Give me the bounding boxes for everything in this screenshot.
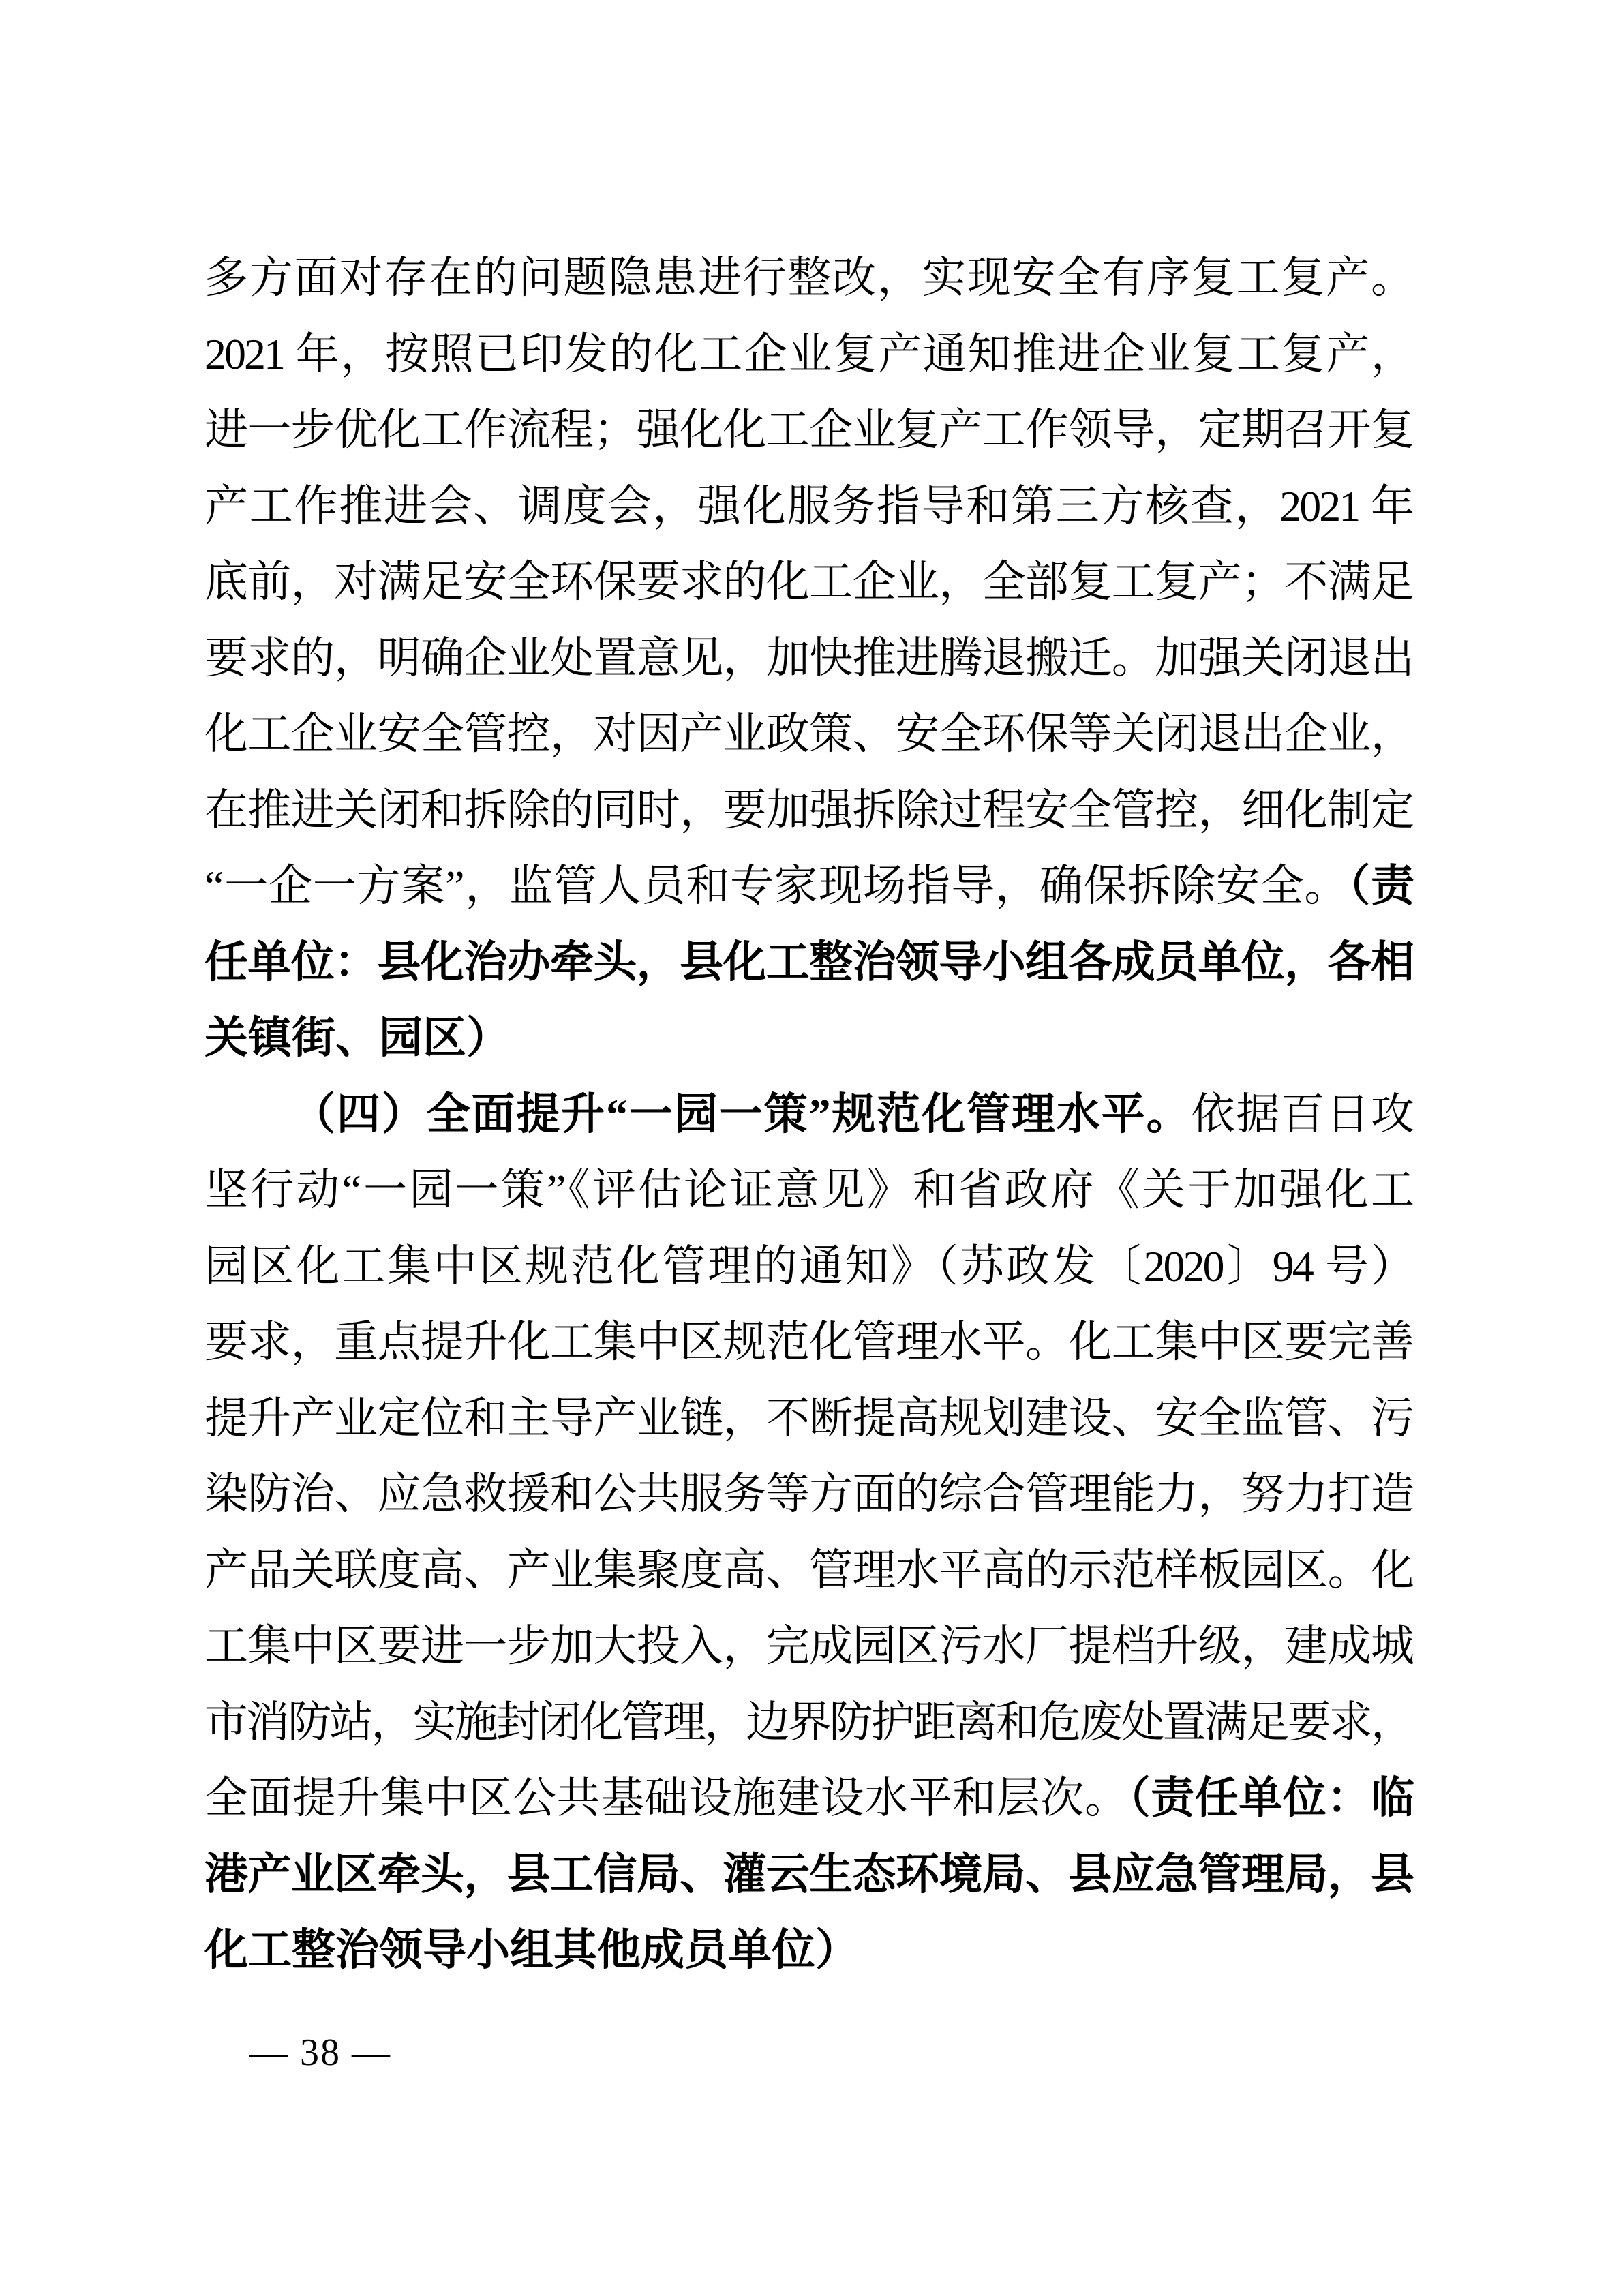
- text-segment: 化工企业安全管控，对因产业政策、安全环保等关闭退出企业，: [204, 710, 1412, 758]
- text-line: 在推进关闭和拆除的同时，要加强拆除过程安全管控，细化制定: [204, 772, 1412, 849]
- emphasis-text-segment: （责任单位：临: [1129, 1774, 1412, 1822]
- text-line: 产工作推进会、调度会，强化服务指导和第三方核查，2021 年: [204, 468, 1412, 545]
- text-segment: “一企一方案”，监管人员和专家现场指导，确保拆除安全。: [204, 862, 1348, 910]
- text-segment: 依据百日攻: [1191, 1090, 1412, 1138]
- text-line: 市消防站，实施封闭化管理，边界防护距离和危废处置满足要求，: [204, 1685, 1412, 1761]
- text-line: 关镇街、园区）: [204, 1000, 1412, 1076]
- text-line: 要求的，明确企业处置意见，加快推进腾退搬迁。加强关闭退出: [204, 620, 1412, 697]
- text-segment: 提升产业定位和主导产业链，不断提高规划建设、安全监管、污: [204, 1394, 1412, 1442]
- document-page: 多方面对存在的问题隐患进行整改，实现安全有序复工复产。2021 年，按照已印发的…: [0, 0, 1623, 2296]
- text-line: 多方面对存在的问题隐患进行整改，实现安全有序复工复产。: [204, 240, 1412, 316]
- text-segment: 要求的，明确企业处置意见，加快推进腾退搬迁。加强关闭退出: [204, 634, 1412, 682]
- text-segment: 园区化工集中区规范化管理的通知》（苏政发〔2020〕94 号）: [204, 1242, 1412, 1290]
- emphasis-text-segment: （责: [1348, 862, 1412, 910]
- document-body: 多方面对存在的问题隐患进行整改，实现安全有序复工复产。2021 年，按照已印发的…: [204, 240, 1412, 1989]
- text-segment: 市消防站，实施封闭化管理，边界防护距离和危废处置满足要求，: [204, 1698, 1412, 1747]
- text-line: 坚行动“一园一策”《评估论证意见》和省政府《关于加强化工: [204, 1152, 1412, 1228]
- text-line: 提升产业定位和主导产业链，不断提高规划建设、安全监管、污: [204, 1380, 1412, 1457]
- emphasis-text-segment: 关镇街、园区）: [204, 1014, 510, 1062]
- text-segment: 要求，重点提升化工集中区规范化管理水平。化工集中区要完善: [204, 1318, 1412, 1366]
- text-segment: 进一步优化工作流程；强化化工企业复产工作领导，定期召开复: [204, 406, 1412, 454]
- text-line: 底前，对满足安全环保要求的化工企业，全部复工复产；不满足: [204, 544, 1412, 620]
- emphasis-text-segment: 港产业区牵头，县工信局、灌云生态环境局、县应急管理局，县: [204, 1850, 1412, 1899]
- text-segment: 产工作推进会、调度会，强化服务指导和第三方核查，2021 年: [204, 482, 1412, 530]
- text-line: 全面提升集中区公共基础设施建设水平和层次。（责任单位：临: [204, 1760, 1412, 1837]
- text-line: 2021 年，按照已印发的化工企业复产通知推进企业复工复产，: [204, 316, 1412, 393]
- text-segment: 全面提升集中区公共基础设施建设水平和层次。: [204, 1774, 1129, 1822]
- text-segment: 染防治、应急救援和公共服务等方面的综合管理能力，努力打造: [204, 1470, 1412, 1518]
- text-line: （四）全面提升“一园一策”规范化管理水平。依据百日攻: [204, 1076, 1412, 1153]
- emphasis-text-segment: 任单位：县化治办牵头，县化工整治领导小组各成员单位，各相: [204, 938, 1412, 986]
- text-line: 化工企业安全管控，对因产业政策、安全环保等关闭退出企业，: [204, 696, 1412, 772]
- text-segment: 产品关联度高、产业集聚度高、管理水平高的示范样板园区。化: [204, 1546, 1412, 1595]
- text-line: 要求，重点提升化工集中区规范化管理水平。化工集中区要完善: [204, 1304, 1412, 1380]
- text-line: 进一步优化工作流程；强化化工企业复产工作领导，定期召开复: [204, 392, 1412, 468]
- text-line: “一企一方案”，监管人员和专家现场指导，确保拆除安全。（责: [204, 848, 1412, 924]
- text-line: 产品关联度高、产业集聚度高、管理水平高的示范样板园区。化: [204, 1532, 1412, 1609]
- page-number: — 38 —: [249, 2031, 391, 2074]
- text-segment: 在推进关闭和拆除的同时，要加强拆除过程安全管控，细化制定: [204, 786, 1412, 834]
- text-line: 化工整治领导小组其他成员单位）: [204, 1912, 1412, 1989]
- text-segment: 坚行动“一园一策”《评估论证意见》和省政府《关于加强化工: [204, 1166, 1412, 1214]
- emphasis-text-segment: （四）全面提升“一园一策”规范化管理水平。: [292, 1090, 1191, 1138]
- text-segment: 2021 年，按照已印发的化工企业复产通知推进企业复工复产，: [204, 330, 1412, 378]
- text-line: 工集中区要进一步加大投入，完成园区污水厂提档升级，建成城: [204, 1608, 1412, 1685]
- text-segment: 工集中区要进一步加大投入，完成园区污水厂提档升级，建成城: [204, 1622, 1412, 1670]
- text-line: 港产业区牵头，县工信局、灌云生态环境局、县应急管理局，县: [204, 1837, 1412, 1913]
- text-segment: 底前，对满足安全环保要求的化工企业，全部复工复产；不满足: [204, 558, 1412, 606]
- text-line: 园区化工集中区规范化管理的通知》（苏政发〔2020〕94 号）: [204, 1228, 1412, 1305]
- text-line: 染防治、应急救援和公共服务等方面的综合管理能力，努力打造: [204, 1456, 1412, 1532]
- text-segment: 多方面对存在的问题隐患进行整改，实现安全有序复工复产。: [204, 254, 1412, 302]
- emphasis-text-segment: 化工整治领导小组其他成员单位）: [204, 1926, 859, 1974]
- text-line: 任单位：县化治办牵头，县化工整治领导小组各成员单位，各相: [204, 924, 1412, 1001]
